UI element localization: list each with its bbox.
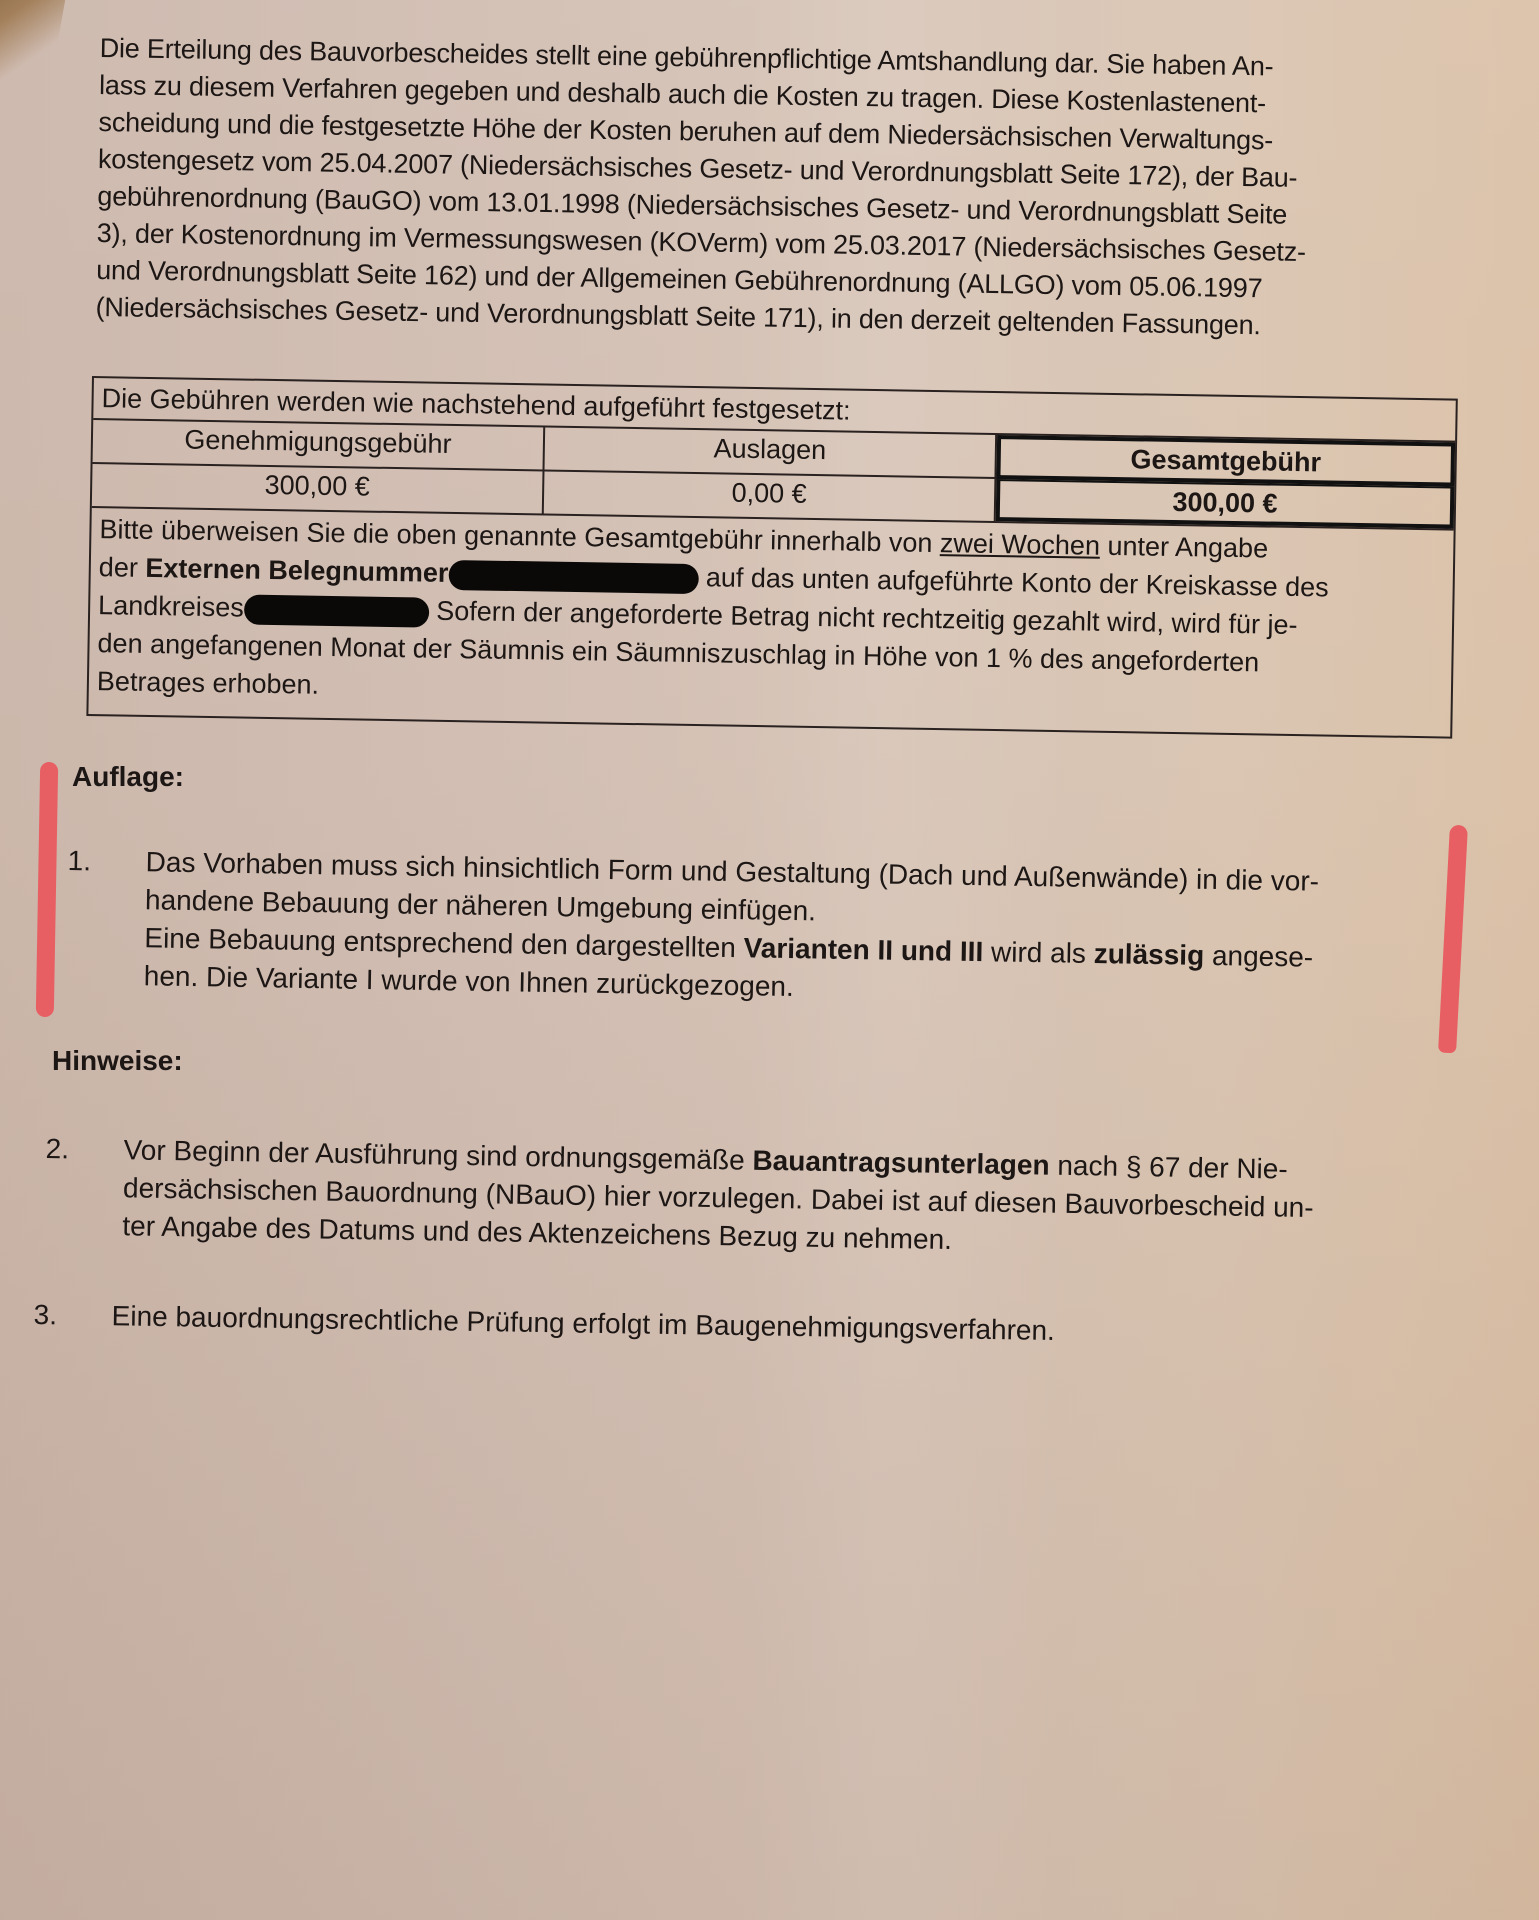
payment-text: Landkreises [98, 590, 244, 622]
column-header-expenses: Auslagen [544, 428, 997, 479]
item-text-span: Vor Beginn der Ausführung sind ordnungsg… [123, 1134, 752, 1175]
variants-emphasis: Varianten II und III [743, 932, 983, 967]
item-text: Vor Beginn der Ausführung sind ordnungsg… [122, 1131, 1314, 1265]
redaction-mark [448, 560, 698, 594]
payment-text: unter Angabe [1100, 531, 1269, 564]
total-fee-value: 300,00 € [996, 479, 1455, 529]
item-number: 2. [45, 1130, 69, 1168]
item-text: Das Vorhaben muss sich hinsichtlich Form… [143, 843, 1319, 1014]
intro-paragraph: Die Erteilung des Bauvorbescheides stell… [95, 30, 1439, 347]
external-reference-label: Externen Belegnummer [145, 553, 449, 588]
deadline-text: zwei Wochen [940, 528, 1101, 561]
expenses-value: 0,00 € [544, 472, 997, 521]
fee-table: Die Gebühren werden wie nachstehend aufg… [86, 376, 1457, 739]
item-text-span: nach § 67 der Nie- [1049, 1150, 1288, 1185]
item-text-span: wird als [983, 936, 1094, 969]
payment-text: auf das unten aufgeführte Konto der Krei… [698, 562, 1329, 602]
payment-text: der [99, 552, 146, 583]
auflage-heading: Auflage: [72, 758, 184, 796]
item-number: 1. [67, 842, 91, 880]
column-header-total-fee: Gesamtgebühr [996, 435, 1455, 487]
payment-note: Bitte überweisen Sie die oben genannte G… [88, 506, 1453, 737]
column-header-approval-fee: Genehmigungsgebühr [93, 420, 546, 471]
item-text: Eine bauordnungsrechtliche Prüfung erfol… [111, 1297, 1055, 1350]
red-bracket-left [36, 762, 58, 1017]
item-text-span: angese- [1204, 940, 1313, 973]
redaction-mark [243, 594, 428, 627]
table-edge-shadow [0, 0, 71, 98]
approval-fee-value: 300,00 € [92, 464, 545, 513]
item-line: Eine bauordnungsrechtliche Prüfung erfol… [111, 1297, 1055, 1350]
hinweise-heading: Hinweise: [52, 1042, 183, 1080]
red-bracket-right [1438, 825, 1468, 1054]
application-documents-emphasis: Bauantragsunterlagen [752, 1145, 1050, 1181]
permissible-emphasis: zulässig [1093, 938, 1204, 971]
item-number: 3. [33, 1296, 57, 1334]
item-text-span: Eine Bebauung entsprechend den dargestel… [144, 922, 744, 963]
